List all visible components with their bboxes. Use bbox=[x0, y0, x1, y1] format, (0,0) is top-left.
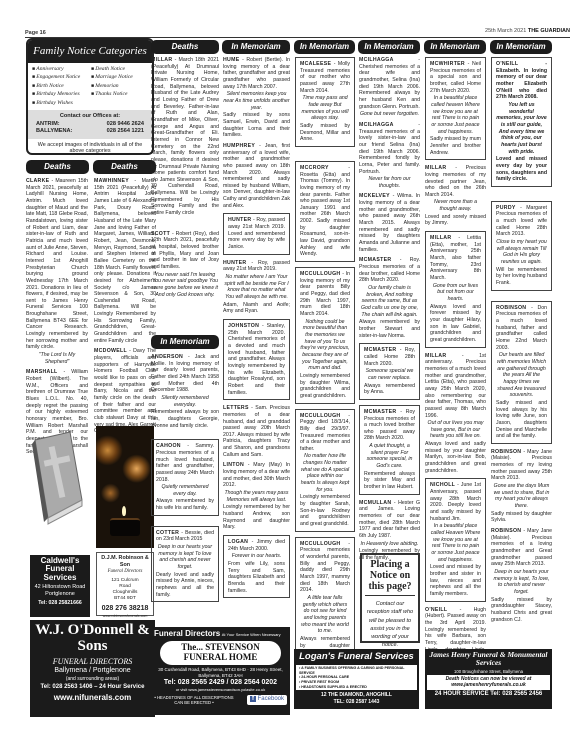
ad-subtitle: FUNERAL DIRECTORS bbox=[33, 657, 152, 667]
notice-name: MCCULLOUGH bbox=[300, 413, 340, 419]
ad-area-note: (and surrounding areas) bbox=[33, 676, 152, 682]
notice-text: - 1st anniversary. Precious memories of … bbox=[425, 353, 486, 419]
notice-name: CAHOON bbox=[156, 443, 181, 449]
notice: MCILHAGGA - Treasured memories of a love… bbox=[359, 122, 420, 190]
office-phone: 028 9446 2624 bbox=[107, 121, 144, 128]
notice-name: COTTER bbox=[156, 530, 179, 536]
section-deaths: Deaths bbox=[151, 40, 219, 54]
notice-text: - Stanley, 25th March 2020. Cherished me… bbox=[228, 323, 285, 396]
office-name: BALLYMENA: bbox=[36, 128, 72, 135]
notice-verse: Nothing could be more beautiful than the… bbox=[300, 319, 350, 372]
notice-tail: Always loved and sadly missed by your da… bbox=[425, 441, 486, 474]
notice-verse: Time may pass and fade away But memories… bbox=[300, 95, 350, 122]
robinson-ad: D.J.M. Robinson & Son Funeral Directors … bbox=[96, 552, 154, 616]
ad-bar: Funeral Directors At Your Service When N… bbox=[154, 629, 287, 639]
notice-name: ROBINSON bbox=[491, 449, 521, 455]
category-item: Anniversary bbox=[32, 66, 89, 73]
ad-address: 121 Culcrum Road Cloughmills BT44 9DT bbox=[107, 578, 143, 603]
ad-name: Caldwell's Funeral Services bbox=[32, 557, 88, 582]
ad-bar-subtitle: At Your Service When Necessary bbox=[222, 632, 281, 637]
notice-tail: Lovingly remembered by daughter Wilma, g… bbox=[300, 373, 350, 399]
notice-name: MCILHAGGA bbox=[359, 57, 394, 63]
notice-box: PURDY - Margaret Precious memories of a … bbox=[491, 201, 552, 291]
bible-cross-image bbox=[30, 430, 85, 525]
notice-verse: You left us wonderful memories, your lov… bbox=[496, 102, 547, 155]
notice-text: - June 1st Anniversary, passed away 28th… bbox=[430, 482, 481, 521]
notice-tail: Adam, Niamh and Aoife; Amy and Ryan. bbox=[223, 302, 290, 315]
notice-box: MCALEESE - Molly Treasured memories of o… bbox=[295, 57, 355, 147]
section-in-memoriam: In Memoriam bbox=[294, 40, 355, 54]
ad-services: • A FAMILY BUSINESS OFFERING A CARING AN… bbox=[296, 665, 417, 690]
ad-phone: Tel: 028 2565 2429 / 028 2564 0202 bbox=[154, 679, 287, 688]
notice-text: - Maureen 15th March 2021, peacefully at… bbox=[26, 178, 88, 350]
notice-box: MILLAR - Letitia (Etta), mother, 1st Ann… bbox=[425, 231, 486, 348]
notice-text: - Sammy. Precious memories of a much lov… bbox=[156, 443, 214, 482]
category-item: Thanks Notice bbox=[91, 91, 148, 98]
notice-verse: Never far from our thoughts. bbox=[359, 176, 420, 189]
date: 25th March 2021 bbox=[485, 28, 526, 34]
notice-text: - Letitia (Etta), mother, 1st Anniversar… bbox=[430, 235, 481, 281]
notice: MCDOWELL - Davy The players, officials a… bbox=[94, 348, 156, 435]
section-deaths: Deaths bbox=[93, 160, 156, 174]
notice-text: - Cherished memories of a dear wife and … bbox=[359, 57, 420, 110]
notice-name: ROBINSON bbox=[491, 528, 521, 534]
notice-name: MAWHINNEY bbox=[94, 178, 129, 184]
family-notice-categories: Family Notice Categories Anniversary Dea… bbox=[26, 38, 154, 155]
notice-tail: Loved and missed every day by your sons,… bbox=[496, 156, 547, 182]
notice-name: ROBINSON bbox=[496, 305, 526, 311]
section-in-memoriam: In Memoriam bbox=[151, 335, 219, 349]
notice: HUNTER - Roy, passed away 21st March 201… bbox=[223, 260, 290, 315]
notice-text: - Elizabeth. In loving memory of our dea… bbox=[496, 61, 547, 100]
notice-text: - Precious memories of wonderful parents… bbox=[300, 541, 350, 594]
notice: MCKELVEY - Wilma. In loving memory of a … bbox=[359, 193, 420, 253]
placing-title: Placing a Notice on this page? bbox=[365, 559, 415, 596]
odonnell-ad: W.J. O'Donnell & Sons FUNERAL DIRECTORS … bbox=[30, 620, 155, 717]
category-item: Death Notice bbox=[91, 66, 148, 73]
notice: MCILHAGGA - Cherished memories of a dear… bbox=[359, 57, 420, 118]
ad-address: 100 Broughshane Street, Ballymena bbox=[427, 669, 550, 675]
notice-verse: Deep in our hearts your memory is kept, … bbox=[491, 569, 552, 596]
notice-text: - Mary Jane (Maisie). Precious memories … bbox=[491, 528, 552, 567]
categories-list: Anniversary Death Notice Engagement Noti… bbox=[28, 63, 152, 110]
contact-title: Contact our Offices at: bbox=[36, 113, 144, 120]
memoriam-column-3: ANDERSON - Jack and Mollie. In loving me… bbox=[151, 354, 219, 607]
notice-name: PURDY bbox=[496, 205, 516, 211]
notice-name: HUNTER bbox=[228, 217, 251, 223]
notice-name: HUME bbox=[223, 57, 239, 63]
notice-box: MCCULLOUGH - Precious memories of wonder… bbox=[295, 537, 355, 660]
notice-verse: In a beautiful place called Heaven Where… bbox=[430, 523, 481, 563]
notice-verse: In a beautiful place called heaven Where… bbox=[430, 95, 481, 135]
notice-name: LINTON bbox=[223, 462, 244, 468]
notice-text: - Hester G and James. Loving memories of… bbox=[359, 500, 420, 539]
notice-name: LOGAN bbox=[228, 539, 248, 545]
notice-box: MCMASTER - Roy, called Home 28th March 2… bbox=[359, 343, 420, 400]
placing-notice-box: Placing a Notice on this page? Contact o… bbox=[360, 553, 420, 643]
section-deaths: Deaths bbox=[26, 160, 89, 174]
section-in-memoriam: In Memoriam bbox=[424, 40, 486, 54]
memoriam-column-5: MCALEESE - Molly Treasured memories of o… bbox=[295, 57, 355, 665]
categories-footer: We accept images of individuals in all o… bbox=[28, 139, 152, 156]
notice-verse: Gone but never forgotten. bbox=[359, 111, 420, 118]
ad-website[interactable]: www.robinsonsfunerals.com bbox=[99, 614, 151, 619]
logan-ad: Logan's Funeral Services • A FAMILY BUSI… bbox=[294, 649, 419, 709]
masthead-date: 25th March 2021 THE GUARDIAN bbox=[485, 28, 570, 35]
ad-subtitle: Funeral Directors bbox=[99, 569, 151, 575]
ad-bar-title: Funeral Directors bbox=[154, 629, 220, 638]
notice-verse: Out of our lives you may have gone, But … bbox=[425, 420, 486, 440]
memoriam-column-7: MCWHIRTER - Neil Precious memories of a … bbox=[425, 57, 486, 685]
facebook-badge[interactable]: f Facebook bbox=[247, 695, 287, 705]
notice-verse: Silent memories keep you near As time un… bbox=[223, 91, 290, 111]
notice-name: MCMASTER bbox=[364, 409, 396, 415]
notice-tail: Always loved and forever missed by your … bbox=[430, 304, 481, 343]
candle-photo bbox=[96, 426, 154, 548]
notice-name: O'NEILL bbox=[496, 61, 518, 67]
office-row: BALLYMENA:028 2564 1221 bbox=[36, 128, 144, 135]
notice-name: NICHOLL bbox=[430, 482, 455, 488]
notice-name: MCCULLOUGH bbox=[300, 541, 340, 547]
notice: SCOTT - Robert (Roy), died 12th March 20… bbox=[151, 231, 219, 299]
ad-website[interactable]: or visit www.jamesstevensonandson.yolasi… bbox=[154, 687, 287, 692]
notice-tail: Loved and sorely missed by Jimmy. bbox=[425, 214, 486, 227]
ad-note: • HEADSTONES OF ALL DESCRIPTIONS CAN BE … bbox=[154, 695, 234, 706]
notice-verse: In Heavenly love abiding. bbox=[359, 541, 420, 548]
notice-name: MILLAR bbox=[151, 57, 172, 63]
notice-tail: From wife Lily, sons Terry and Sam, daug… bbox=[228, 561, 285, 594]
notice-verse: Gone are the days Mum we used to share, … bbox=[491, 483, 552, 510]
notice-verse: A quiet thought, a silent prayer For som… bbox=[364, 443, 415, 470]
notice-box: LOGAN - Jimmy died 24th March 2000.Forev… bbox=[223, 535, 290, 598]
notice: HUME - Robert (Bertie). In loving memory… bbox=[223, 57, 290, 139]
notice-verse: Never more than a thought away. bbox=[425, 199, 486, 212]
category-item: Birth Notice bbox=[32, 83, 89, 90]
notice-name: MILLAR bbox=[425, 165, 446, 171]
category-item: Birthday Wishes bbox=[32, 100, 89, 107]
ad-address: 30 Cushendall Road, Ballymena, BT43 6HD … bbox=[154, 667, 287, 679]
ad-bullet: • A FAMILY BUSINESS OFFERING A CARING AN… bbox=[299, 666, 414, 675]
notice-tail: Sadly missed by daughter Sylvia. bbox=[491, 511, 552, 524]
ad-name: The... STEVENSON FUNERAL HOME bbox=[160, 641, 281, 665]
ad-bullet: • HEADSTONES SUPPLIED & ERECTED bbox=[299, 685, 414, 690]
section-in-memoriam: In Memoriam bbox=[490, 40, 552, 54]
notice: LINTON - Mary (May) In loving memory of … bbox=[223, 462, 290, 531]
ad-phone: 028 276 38218 bbox=[99, 605, 151, 614]
memoriam-column-8: O'NEILL - Elizabeth. In loving memory of… bbox=[491, 57, 552, 627]
notice-name: MCCRORY bbox=[300, 165, 329, 171]
notice: MILLAR - March 18th 2021 (Peacefully) At… bbox=[151, 57, 219, 217]
notice-box: MCCRORY - Rosetta (Etta) and Thomas (Tom… bbox=[295, 161, 355, 262]
notice-box: JOHNSTON - Stanley, 25th March 2020. Che… bbox=[223, 319, 290, 400]
notice-box: O'NEILL - Elizabeth. In loving memory of… bbox=[491, 57, 552, 187]
stevenson-ad: Funeral Directors At Your Service When N… bbox=[151, 627, 290, 715]
notice-text: - Wilma. In loving memory of a dear moth… bbox=[359, 193, 420, 252]
notice-box: NICHOLL - June 1st Anniversary, passed a… bbox=[425, 478, 486, 601]
notice-box: CAHOON - Sammy. Precious memories of a m… bbox=[151, 439, 219, 516]
notice-verse: Deep in our hearts your memory is kept T… bbox=[156, 544, 214, 571]
notice-verse: Gone from our lives but not from our hea… bbox=[430, 283, 481, 303]
notice-tail: Remembered always by son Ian, daughters … bbox=[151, 409, 219, 428]
notice-tail: Dearly loved and sadly missed by Annie, … bbox=[156, 572, 214, 598]
deaths-column-3: MILLAR - March 18th 2021 (Peacefully) At… bbox=[151, 57, 219, 302]
notice-name: O'NEILL bbox=[425, 607, 447, 613]
notice-tail: Sadly missed by mum Jennifer and brother… bbox=[430, 136, 481, 155]
notice: MILLAR - 1st anniversary. Precious memor… bbox=[425, 353, 486, 475]
contact-offices: Contact our Offices at: ANTRIM:028 9446 … bbox=[28, 110, 152, 138]
notice: ANDERSON - Jack and Mollie. In loving me… bbox=[151, 354, 219, 429]
notice-text: - Jean, first anniversary of a loved wif… bbox=[223, 143, 290, 209]
notice-text: - Rosetta (Etta) and Thomas (Tommy). In … bbox=[300, 165, 350, 258]
notice-text: - March 15th 2021 (Peacefully) At Antrim… bbox=[94, 178, 156, 344]
notice-box: COTTER - Bessie, died on 23rd March 2015… bbox=[151, 526, 219, 603]
notice: LETTERS - Sam. Precious memories of a de… bbox=[223, 405, 290, 458]
category-item: Memorian bbox=[91, 83, 148, 90]
notice-tail: Lovingly remembered by daughter Sarah, S… bbox=[300, 494, 350, 527]
notice-tail: Sadly missed by Desmond, Millar and Anne… bbox=[300, 123, 350, 142]
notice-name: CLARKE bbox=[26, 178, 49, 184]
notice: ROBINSON - Mary Jane (Maisie). Precious … bbox=[491, 528, 552, 623]
notice-name: HUMPHREY bbox=[223, 143, 255, 149]
notice-name: MCWHIRTER bbox=[430, 61, 465, 67]
notice-name: MCCULLOUGH bbox=[300, 271, 340, 277]
notice-tail: Always remembered by Anna. bbox=[364, 383, 415, 396]
notice-name: ANDERSON bbox=[151, 354, 183, 360]
paper-name: THE GUARDIAN bbox=[528, 28, 570, 34]
notice-name: MILLAR bbox=[430, 235, 451, 241]
notice-box: MCMASTER - Roy Precious memories of a mu… bbox=[359, 405, 420, 495]
notice-tail: Remembered always by sister May and brot… bbox=[364, 471, 415, 490]
notice-text: - Davy The players, officials and suppor… bbox=[94, 348, 156, 434]
notice-name: MCDOWELL bbox=[94, 348, 127, 354]
notice-name: MCKELVEY bbox=[359, 193, 390, 199]
ad-address: 42 Hiltonstown Road Portglenone bbox=[32, 584, 88, 598]
notice-verse: You never said I'm leaving You never sai… bbox=[151, 272, 219, 299]
caldwell-ad: Caldwell's Funeral Services 42 Hiltonsto… bbox=[30, 555, 90, 617]
notice-text: - Treasured memories of a lovely sister-… bbox=[359, 122, 420, 175]
notice: MILLAR - Precious loving memories of my … bbox=[425, 165, 486, 227]
notice-verse: Though the years may pass Memories will … bbox=[223, 490, 290, 503]
section-in-memoriam: In Memoriam bbox=[222, 40, 290, 54]
ad-phone: Tel: 028 2563 1406 – 24 Hour Service bbox=[33, 684, 152, 692]
notice-name: MCMASTER bbox=[364, 347, 396, 353]
notice-name: MARSHALL bbox=[26, 369, 58, 375]
ad-footer: • HEADSTONES OF ALL DESCRIPTIONS CAN BE … bbox=[154, 695, 287, 706]
notice-name: MCMASTER bbox=[359, 257, 391, 263]
page-number: Page 16 bbox=[25, 30, 46, 37]
notice-text: - Sam. Precious memories of a dear husba… bbox=[223, 405, 290, 458]
notice-tail: Will be remembered by her loving husband… bbox=[496, 267, 547, 286]
office-name: ANTRIM: bbox=[36, 121, 60, 128]
notice-name: SCOTT bbox=[151, 231, 170, 237]
notice-name: JOHNSTON bbox=[228, 323, 259, 329]
notice-text: - Peggy died 18/3/14, Billy died 29/3/97… bbox=[300, 413, 350, 452]
notice-name: HUNTER bbox=[223, 260, 246, 266]
notice-tail: Loved and missed by brother and sister i… bbox=[430, 564, 481, 597]
notice-box: HUNTER - Roy, passed away 21st March 201… bbox=[223, 213, 290, 254]
notice: MCMASTER - Roy. Precious memories of a d… bbox=[359, 257, 420, 339]
section-in-memoriam: In Memoriam bbox=[358, 40, 420, 54]
memoriam-column-6: MCILHAGGA - Cherished memories of a dear… bbox=[359, 57, 420, 566]
notice-tail: Sadly missed and loved always by his lov… bbox=[496, 400, 547, 439]
notice-verse: No matter where I am Your spirit will be… bbox=[223, 274, 290, 301]
notice-verse: Forever in our hearts. bbox=[228, 553, 285, 560]
notice-tail: Sadly missed by sons Samuel, Erwin, Davi… bbox=[223, 112, 290, 138]
memoriam-column-4: HUME - Robert (Bertie). In loving memory… bbox=[223, 57, 290, 603]
notice-text: - Don Precious memories of a much loved … bbox=[496, 305, 547, 351]
notice-verse: "The Lord Is My Shepherd" bbox=[26, 352, 88, 365]
notice-verse: A little tear falls gently which others … bbox=[300, 595, 350, 635]
ad-name: James Henry Funeral & Monumental Service… bbox=[427, 651, 550, 668]
deaths-column-1: CLARKE - Maureen 15th March 2021, peacef… bbox=[26, 178, 88, 460]
notice-text: - Robert (Roy), died 12th March 2021, pe… bbox=[151, 231, 219, 270]
notice-box: MCWHIRTER - Neil Precious memories of a … bbox=[425, 57, 486, 160]
notice-name: MCALEESE bbox=[300, 61, 331, 67]
notice-name: MCMULLAN bbox=[359, 500, 391, 506]
notice-verse: Someone special we can never replace. bbox=[364, 368, 415, 381]
notice-verse: No matter how life changes No matter wha… bbox=[300, 453, 350, 493]
notice-name: MCILHAGGA bbox=[359, 122, 394, 128]
notice-text: - March 18th 2021 (Peacefully) At Drumna… bbox=[151, 57, 219, 216]
ad-area: Ballymena / Portglenone bbox=[33, 667, 152, 676]
notice-tail: Sadly missed by granddaughter Stacey, hu… bbox=[491, 597, 552, 623]
notice-name: LETTERS bbox=[223, 405, 249, 411]
ad-website[interactable]: www.nifunerals.com bbox=[33, 693, 152, 703]
notice-text: - Jack and Mollie. In loving memory of o… bbox=[151, 354, 219, 393]
office-phone: 028 2564 1221 bbox=[107, 128, 144, 135]
notice-box: ROBINSON - Don Precious memories of a mu… bbox=[491, 301, 552, 444]
notice: HUMPHREY - Jean, first anniversary of a … bbox=[223, 143, 290, 210]
notice-box: MCCULLOUGH - Peggy died 18/3/14, Billy d… bbox=[295, 409, 355, 532]
deaths-column-2: MAWHINNEY - March 15th 2021 (Peacefully)… bbox=[94, 178, 156, 439]
notice-box: MCCULLOUGH - In loving memory of my dear… bbox=[295, 267, 355, 403]
ad-notice: Death Notices can now be viewed at www.j… bbox=[427, 675, 550, 690]
james-henry-ad: James Henry Funeral & Monumental Service… bbox=[425, 649, 552, 709]
notice-verse: Our family chain is broken, And nothing … bbox=[359, 285, 420, 318]
office-row: ANTRIM:028 9446 2624 bbox=[36, 121, 144, 128]
notice-text: - In loving memory of my dear parents Bi… bbox=[300, 271, 350, 317]
categories-title: Family Notice Categories bbox=[28, 40, 152, 63]
notice-tail: Lovingly remembered by her husband Andre… bbox=[223, 504, 290, 530]
notice-tail: Always remembered by his wife Iris and f… bbox=[156, 498, 214, 511]
ad-phone: 24 HOUR SERVICE Tel: 028 2565 2456 bbox=[427, 691, 550, 699]
notice: CLARKE - Maureen 15th March 2021, peacef… bbox=[26, 178, 88, 365]
notice-verse: Silently remembered everyday. bbox=[151, 395, 219, 408]
category-item: Marriage Notice bbox=[91, 74, 148, 81]
notice-tail: Always remembered by brother Stewart and… bbox=[359, 319, 420, 338]
ad-phone: Tel: 028 25821666 bbox=[32, 600, 88, 607]
notice-verse: Close to my heart you will always remain… bbox=[496, 239, 547, 266]
category-item: Engagement Notice bbox=[32, 74, 89, 81]
category-item: Birthday Memories bbox=[32, 91, 89, 98]
notice-verse: Quietly remembered every day. bbox=[156, 484, 214, 497]
notice-verse: Our hearts are filled with memories Whic… bbox=[496, 352, 547, 399]
ad-name: D.J.M. Robinson & Son bbox=[99, 555, 151, 569]
notice: ROBINSON - Mary Jane (Maisie). Precious … bbox=[491, 449, 552, 524]
ad-name: W.J. O'Donnell & Sons bbox=[33, 623, 152, 655]
notice-name: MILLAR bbox=[425, 353, 446, 359]
notice: MAWHINNEY - March 15th 2021 (Peacefully)… bbox=[94, 178, 156, 344]
facebook-label: Facebook bbox=[258, 696, 284, 702]
placing-body: Contact our reception staff who will be … bbox=[365, 600, 415, 650]
ad-phone: TEL: 028 2587 1443 bbox=[296, 699, 417, 705]
facebook-icon: f bbox=[250, 696, 256, 702]
ad-name: Logan's Funeral Services bbox=[296, 651, 417, 663]
